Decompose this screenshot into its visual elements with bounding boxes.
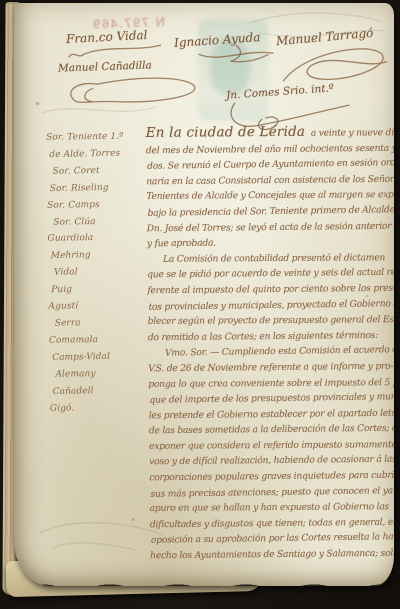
margin-attendee: Mehring: [51, 246, 157, 265]
body-line: hecho los Ayuntamientos de Santiago y Sa…: [150, 546, 394, 564]
body-line: blecer según el proyecto de presupuesto …: [148, 312, 394, 329]
margin-attendee: Sor. Teniente 1.º: [46, 128, 152, 146]
body-line: apuro en que se hallan y han expuesto al…: [150, 499, 394, 516]
body-line: y fue aprobada.: [147, 234, 394, 252]
margin-attendee: de Alde. Torres: [49, 145, 155, 164]
margin-attendee-list: Sor. Teniente 1.ºde Alde. TorresSor. Cor…: [46, 128, 156, 417]
margin-attendee: Sor. Clúa: [53, 213, 159, 231]
margin-attendee: Vidal: [54, 263, 160, 281]
body-line: En la ciudad de Lérida a veinte y nueve …: [146, 124, 394, 142]
signature-canadilla: Manuel Cañadilla: [58, 59, 152, 74]
margin-attendee: Alemany: [55, 365, 161, 383]
signature-tarrago: Manuel Tarragó: [276, 26, 374, 48]
margin-attendee: Comamala: [49, 331, 155, 349]
signature-vidal: Fran.co Vidal: [66, 28, 148, 46]
body-line: La Comisión de contabilidad presentó el …: [147, 250, 394, 267]
body-line: V.S. de 26 de Noviembre referente a que …: [148, 359, 394, 377]
manuscript-photo: N 797.469 Fran.co Vidal Ignacio Ayuda: [0, 0, 400, 609]
margin-attendee: Gigó.: [50, 399, 156, 417]
foxing-spot: [132, 518, 134, 521]
manuscript-page: N 797.469 Fran.co Vidal Ignacio Ayuda: [14, 3, 394, 586]
margin-attendee: Puig: [51, 280, 157, 299]
minutes-body-text: En la ciudad de Lérida a veinte y nueve …: [146, 124, 394, 579]
body-line: Dn. José del Torres; se leyó el acta de …: [147, 218, 394, 236]
body-line: exponer que considera el referido impues…: [149, 437, 394, 454]
foxing-spot: [36, 102, 39, 105]
margin-attendee: Serra: [55, 314, 161, 332]
margin-attendee: Sor. Coret: [52, 162, 158, 180]
margin-attendee: Sor. Riseling: [50, 179, 156, 198]
signature-canadilla-rubric: [62, 71, 205, 112]
margin-attendee: Cañadell: [52, 381, 158, 400]
signature-ayuda: Ignacio Ayuda: [174, 30, 261, 50]
margin-attendee: Agustí: [48, 297, 154, 315]
opening-phrase: En la ciudad de Lérida: [146, 124, 306, 141]
foxing-spot: [366, 295, 368, 297]
margin-attendee: Sor. Camps: [47, 196, 153, 214]
margin-attendee: Camps-Vidal: [52, 348, 158, 367]
